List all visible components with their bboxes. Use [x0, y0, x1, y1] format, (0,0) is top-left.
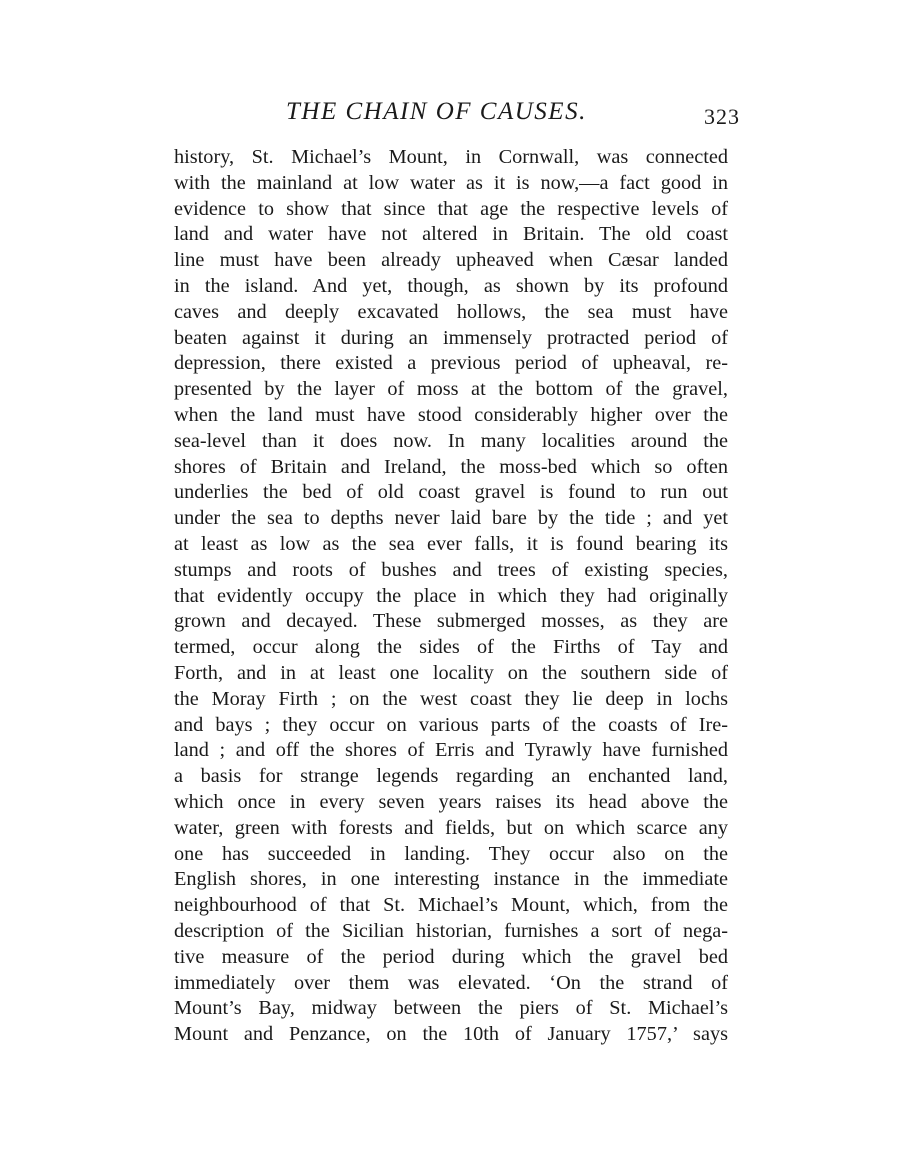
body-text: history, St. Michael’s Mount, in Cornwal…: [174, 145, 728, 1048]
text-line: the Moray Firth ; on the west coast they…: [174, 687, 728, 713]
text-line: immediately over them was elevated. ‘On …: [174, 971, 728, 997]
text-line: land and water have not altered in Brita…: [174, 222, 728, 248]
text-line: that evidently occupy the place in which…: [174, 584, 728, 610]
text-line: description of the Sicilian historian, f…: [174, 919, 728, 945]
text-line: water, green with forests and fields, bu…: [174, 816, 728, 842]
text-line: Mount’s Bay, midway between the piers of…: [174, 996, 728, 1022]
text-line: with the mainland at low water as it is …: [174, 171, 728, 197]
text-line: termed, occur along the sides of the Fir…: [174, 635, 728, 661]
text-line: neighbourhood of that St. Michael’s Moun…: [174, 893, 728, 919]
text-line: presented by the layer of moss at the bo…: [174, 377, 728, 403]
text-line: tive measure of the period during which …: [174, 945, 728, 971]
text-line: evidence to show that since that age the…: [174, 197, 728, 223]
text-line: Forth, and in at least one locality on t…: [174, 661, 728, 687]
text-line: one has succeeded in landing. They occur…: [174, 842, 728, 868]
text-line: line must have been already upheaved whe…: [174, 248, 728, 274]
text-line: shores of Britain and Ireland, the moss-…: [174, 455, 728, 481]
text-line: stumps and roots of bushes and trees of …: [174, 558, 728, 584]
text-line: sea-level than it does now. In many loca…: [174, 429, 728, 455]
text-line: in the island. And yet, though, as shown…: [174, 274, 728, 300]
text-line: beaten against it during an immensely pr…: [174, 326, 728, 352]
text-line: a basis for strange legends regarding an…: [174, 764, 728, 790]
page-number: 323: [704, 104, 740, 130]
text-line: English shores, in one interesting insta…: [174, 867, 728, 893]
running-header: THE CHAIN OF CAUSES. 323: [174, 98, 740, 138]
text-line: at least as low as the sea ever falls, i…: [174, 532, 728, 558]
text-line: depression, there existed a previous per…: [174, 351, 728, 377]
text-line: grown and decayed. These submerged mosse…: [174, 609, 728, 635]
text-line: Mount and Penzance, on the 10th of Janua…: [174, 1022, 728, 1048]
text-line: underlies the bed of old coast gravel is…: [174, 480, 728, 506]
text-line: and bays ; they occur on various parts o…: [174, 713, 728, 739]
text-line: under the sea to depths never laid bare …: [174, 506, 728, 532]
text-line: which once in every seven years raises i…: [174, 790, 728, 816]
text-line: land ; and off the shores of Erris and T…: [174, 738, 728, 764]
text-line: history, St. Michael’s Mount, in Cornwal…: [174, 145, 728, 171]
text-line: caves and deeply excavated hollows, the …: [174, 300, 728, 326]
running-title: THE CHAIN OF CAUSES.: [286, 98, 587, 126]
text-line: when the land must have stood considerab…: [174, 403, 728, 429]
